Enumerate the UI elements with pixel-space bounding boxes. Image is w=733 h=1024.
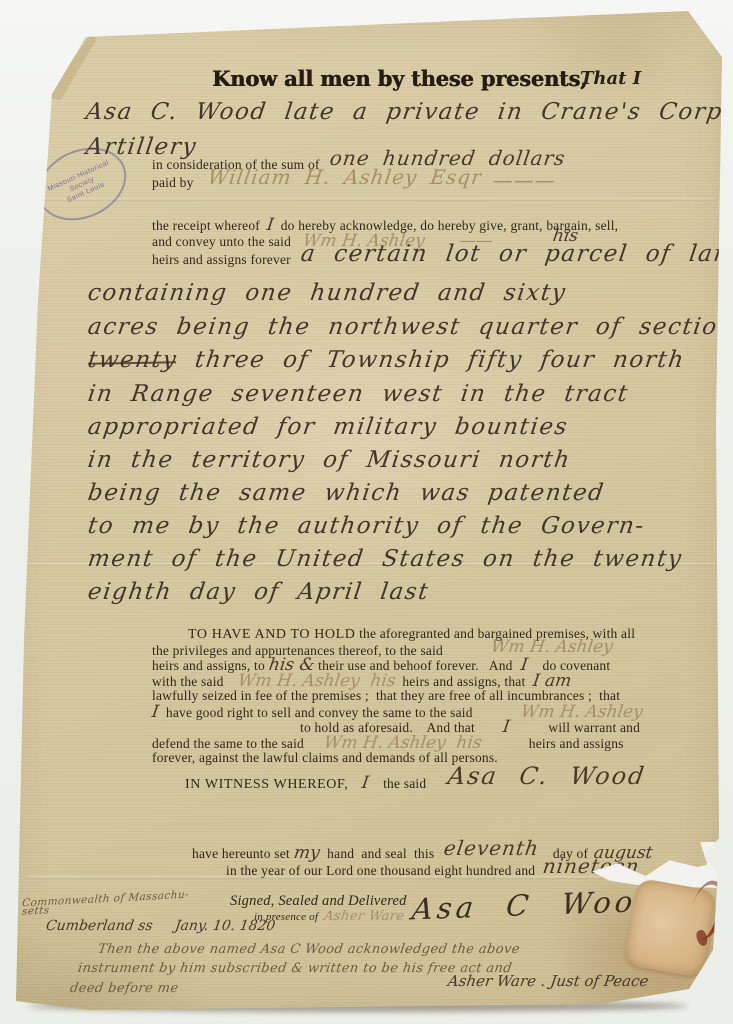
habendum-l7-hw: I (502, 719, 511, 735)
jurat-ack-line3: deed before me (69, 981, 180, 996)
receipt-l2-pre: and convey unto the said (152, 234, 291, 249)
habendum-l4-mid: heirs and assigns, that (395, 674, 525, 689)
jurat-venue-line: Cumberland ssJany. 10. 1820 (46, 918, 275, 934)
land-line-3: twenty three of Township fifty four nort… (86, 347, 686, 373)
habendum-l8-pre: defend the same to the said (152, 736, 304, 751)
heading-blackletter: Know all men by these presents, (212, 66, 587, 91)
testimonium-l2-pre: in the year of our Lord one thousand eig… (226, 863, 535, 878)
witness-label: IN WITNESS WHEREOF, (185, 777, 348, 792)
land-line-9: ment of the United States on the twenty (86, 546, 684, 572)
habendum-l4-hw2: I am (532, 673, 573, 689)
witness-the-said: the said (383, 776, 426, 791)
land-line-1: containing one hundred and sixty (86, 280, 568, 306)
habendum-l2-hw: Wm H. Ashley (490, 639, 614, 655)
habendum-l8-post: heirs and assigns (522, 736, 624, 751)
receipt-line3: heirs and assigns forevera certain lot o… (152, 249, 733, 268)
hw-sum: one hundred dollars (328, 150, 566, 166)
habendum-l4-pre: with the said (152, 674, 224, 689)
hw-payer: William H. Ashley Esqr (206, 169, 482, 185)
deed-paper: Missouri Historical Society Saint Louis … (0, 0, 733, 1024)
presence-line: in presence ofAsher Ware (254, 908, 404, 925)
witness-hw-i: I (361, 775, 370, 791)
witness-line: IN WITNESS WHEREOF,Ithe saidAsa C. Wood (185, 772, 646, 793)
receipt-l3-hw: a certain lot or parcel of land (300, 246, 733, 262)
habendum-line9: forever, against the lawful claims and d… (152, 750, 498, 766)
hw-payer-dash: ——— (492, 172, 557, 188)
habendum-caps: TO HAVE AND TO HOLD (188, 627, 356, 642)
jurat-county: Cumberland ss (45, 918, 154, 934)
receipt-l1-pre: the receipt whereof (152, 218, 260, 233)
land-line-4: in Range seventeen west in the tract (86, 381, 630, 407)
scanned-deed-page: Missouri Historical Society Saint Louis … (0, 0, 733, 1024)
jurat-commonwealth2: setts (21, 904, 49, 918)
hw-signature: Asa C Wood (410, 884, 661, 927)
jurat-ack-line2: instrument by him subscribed & written t… (77, 961, 513, 976)
habendum-l6-hw2: Wm H. Ashley (520, 704, 644, 720)
habendum-l6-mid: have good right to sell and convey the s… (159, 705, 473, 720)
heading-script: That I (580, 68, 641, 89)
land-line-10: eighth day of April last (86, 579, 431, 605)
habendum-l4-hw1: Wm H. Ashley his (236, 673, 396, 689)
testimonium-l1-hw2: eleventh (443, 840, 540, 856)
receipt-l1-hw-i: I (266, 217, 275, 233)
testimonium-l1-mid: hand and seal this (324, 846, 435, 861)
testimonium-line2: in the year of our Lord one thousand eig… (226, 860, 640, 879)
witness-hw-name: Asa C. Wood (447, 768, 647, 784)
fold-crease-top (26, 198, 715, 201)
land-line-7: being the same which was patented (86, 480, 606, 506)
habendum-l3-hw2: I (520, 657, 529, 673)
land-line-2: acres being the northwest quarter of sec… (86, 314, 733, 340)
hw-witness-name: Asher Ware (323, 909, 406, 925)
habendum-l7-post: will warrant and (538, 720, 640, 735)
hw-grantor-line1: Asa C. Wood late a private in Crane's Co… (84, 99, 733, 125)
paid-by-line: paid byWilliam H. Ashley Esqr——— (152, 172, 556, 191)
land-line-5: appropriated for military bounties (86, 414, 570, 440)
jurat-ack-line1: Then the above named Asa C Wood acknowle… (97, 942, 521, 957)
paid-by-label: paid by (152, 175, 194, 190)
testimonium-l1-hw1: my (293, 845, 321, 861)
habendum-l8-hw: Wm H. Ashley his (323, 735, 483, 751)
land-line-8: to me by the authority of the Govern- (86, 513, 646, 539)
land-line-6: in the territory of Missouri north (86, 447, 572, 473)
jurat-justice-signature: Asher Ware . Just of Peace (447, 972, 650, 990)
jurat-date: Jany. 10. 1820 (173, 918, 276, 934)
testimonium-l1-pre: have hereunto set (192, 846, 290, 861)
folded-corner-top-left (46, 32, 96, 100)
receipt-l3-pre: heirs and assigns forever (152, 252, 291, 267)
